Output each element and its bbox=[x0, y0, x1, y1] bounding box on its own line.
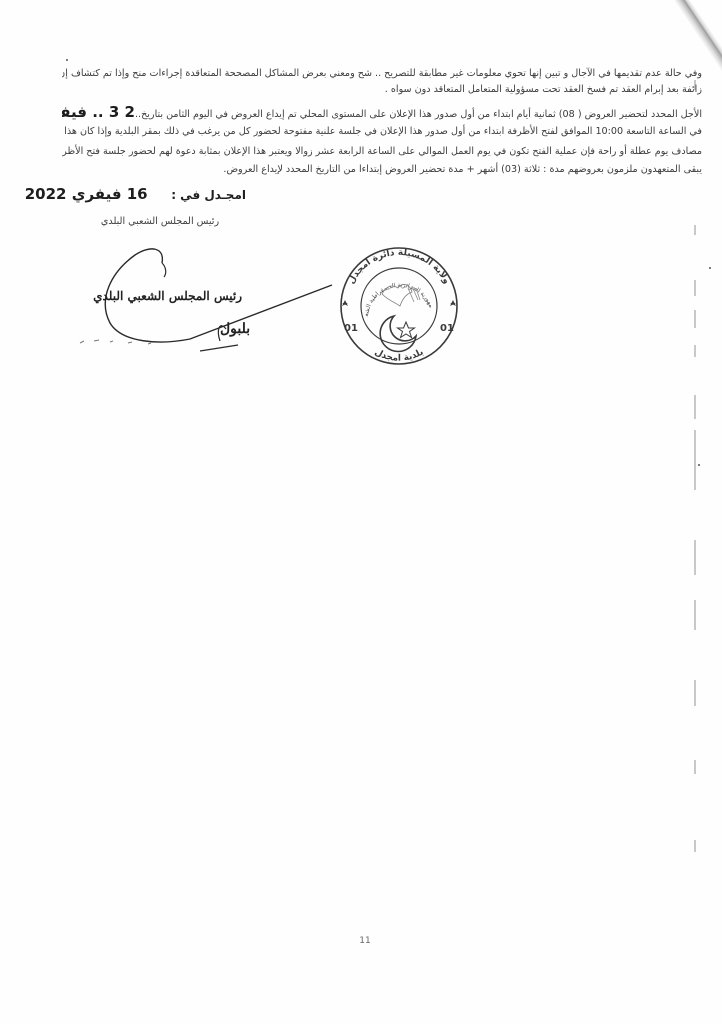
deadline-line: الأجل المحدد لتحضير العروض ( 08) ثمانية … bbox=[62, 104, 702, 120]
margin-mark bbox=[694, 225, 696, 235]
signature-stroke-icon bbox=[70, 245, 340, 365]
margin-mark bbox=[694, 430, 696, 450]
margin-mark bbox=[694, 600, 696, 630]
made-at-label: امجـدل في : bbox=[171, 188, 246, 202]
signatory-caption: رئيس المجلس الشعبي البلدي bbox=[100, 216, 220, 227]
svg-text:01: 01 bbox=[344, 323, 358, 334]
text-line: في الساعة التاسعة 10:00 الموافق لفتح الأ… bbox=[62, 124, 702, 140]
signature-name: بلبول bbox=[220, 321, 250, 337]
made-at-line: امجـدل في : 16 فيفري 2022 bbox=[76, 184, 246, 203]
signature-title: رئيس المجلس الشعبي البلدي bbox=[92, 289, 242, 303]
official-stamp: ولاية المسيلة دائرة امجدل بلدية امجدل ال… bbox=[334, 236, 464, 376]
margin-mark bbox=[694, 450, 696, 490]
margin-mark bbox=[694, 395, 696, 419]
margin-mark bbox=[694, 280, 696, 296]
text-line: مصادف يوم عطلة أو راحة فإن عملية الفتح ت… bbox=[62, 144, 702, 160]
signature-block: رئيس المجلس الشعبي البلدي بلبول bbox=[70, 245, 340, 365]
speck bbox=[698, 464, 700, 466]
margin-mark bbox=[694, 540, 696, 575]
margin-mark bbox=[694, 345, 696, 357]
margin-mark bbox=[694, 310, 696, 328]
deadline-date: 2 3 .. فيفري .. 2022... bbox=[62, 104, 135, 120]
stamp-seal-icon: ولاية المسيلة دائرة امجدل بلدية امجدل ال… bbox=[334, 236, 464, 376]
announcement-body: وفي حالة عدم تقديمها في الآجال و تبين إن… bbox=[62, 66, 702, 178]
svg-text:01: 01 bbox=[440, 323, 454, 334]
text-line: يبقى المتعهدون ملزمون بعروضهم مدة : ثلاث… bbox=[62, 162, 702, 178]
svg-text:ولاية المسيلة دائرة امجدل: ولاية المسيلة دائرة امجدل bbox=[347, 248, 452, 286]
margin-mark bbox=[694, 680, 696, 706]
page-number: 11 bbox=[350, 936, 380, 946]
speck bbox=[709, 267, 711, 269]
speck bbox=[66, 59, 68, 61]
margin-mark bbox=[694, 760, 696, 774]
text-line: الأجل المحدد لتحضير العروض ( 08) ثمانية … bbox=[135, 109, 702, 120]
scanned-page: وفي حالة عدم تقديمها في الآجال و تبين إن… bbox=[0, 0, 722, 1024]
text-line: زائفة بعد إبرام العقد تم فسخ العقد تحت م… bbox=[62, 82, 702, 98]
made-at-date: 16 فيفري 2022 bbox=[25, 185, 148, 203]
text-line: وفي حالة عدم تقديمها في الآجال و تبين إن… bbox=[62, 66, 702, 82]
margin-mark bbox=[694, 840, 696, 852]
